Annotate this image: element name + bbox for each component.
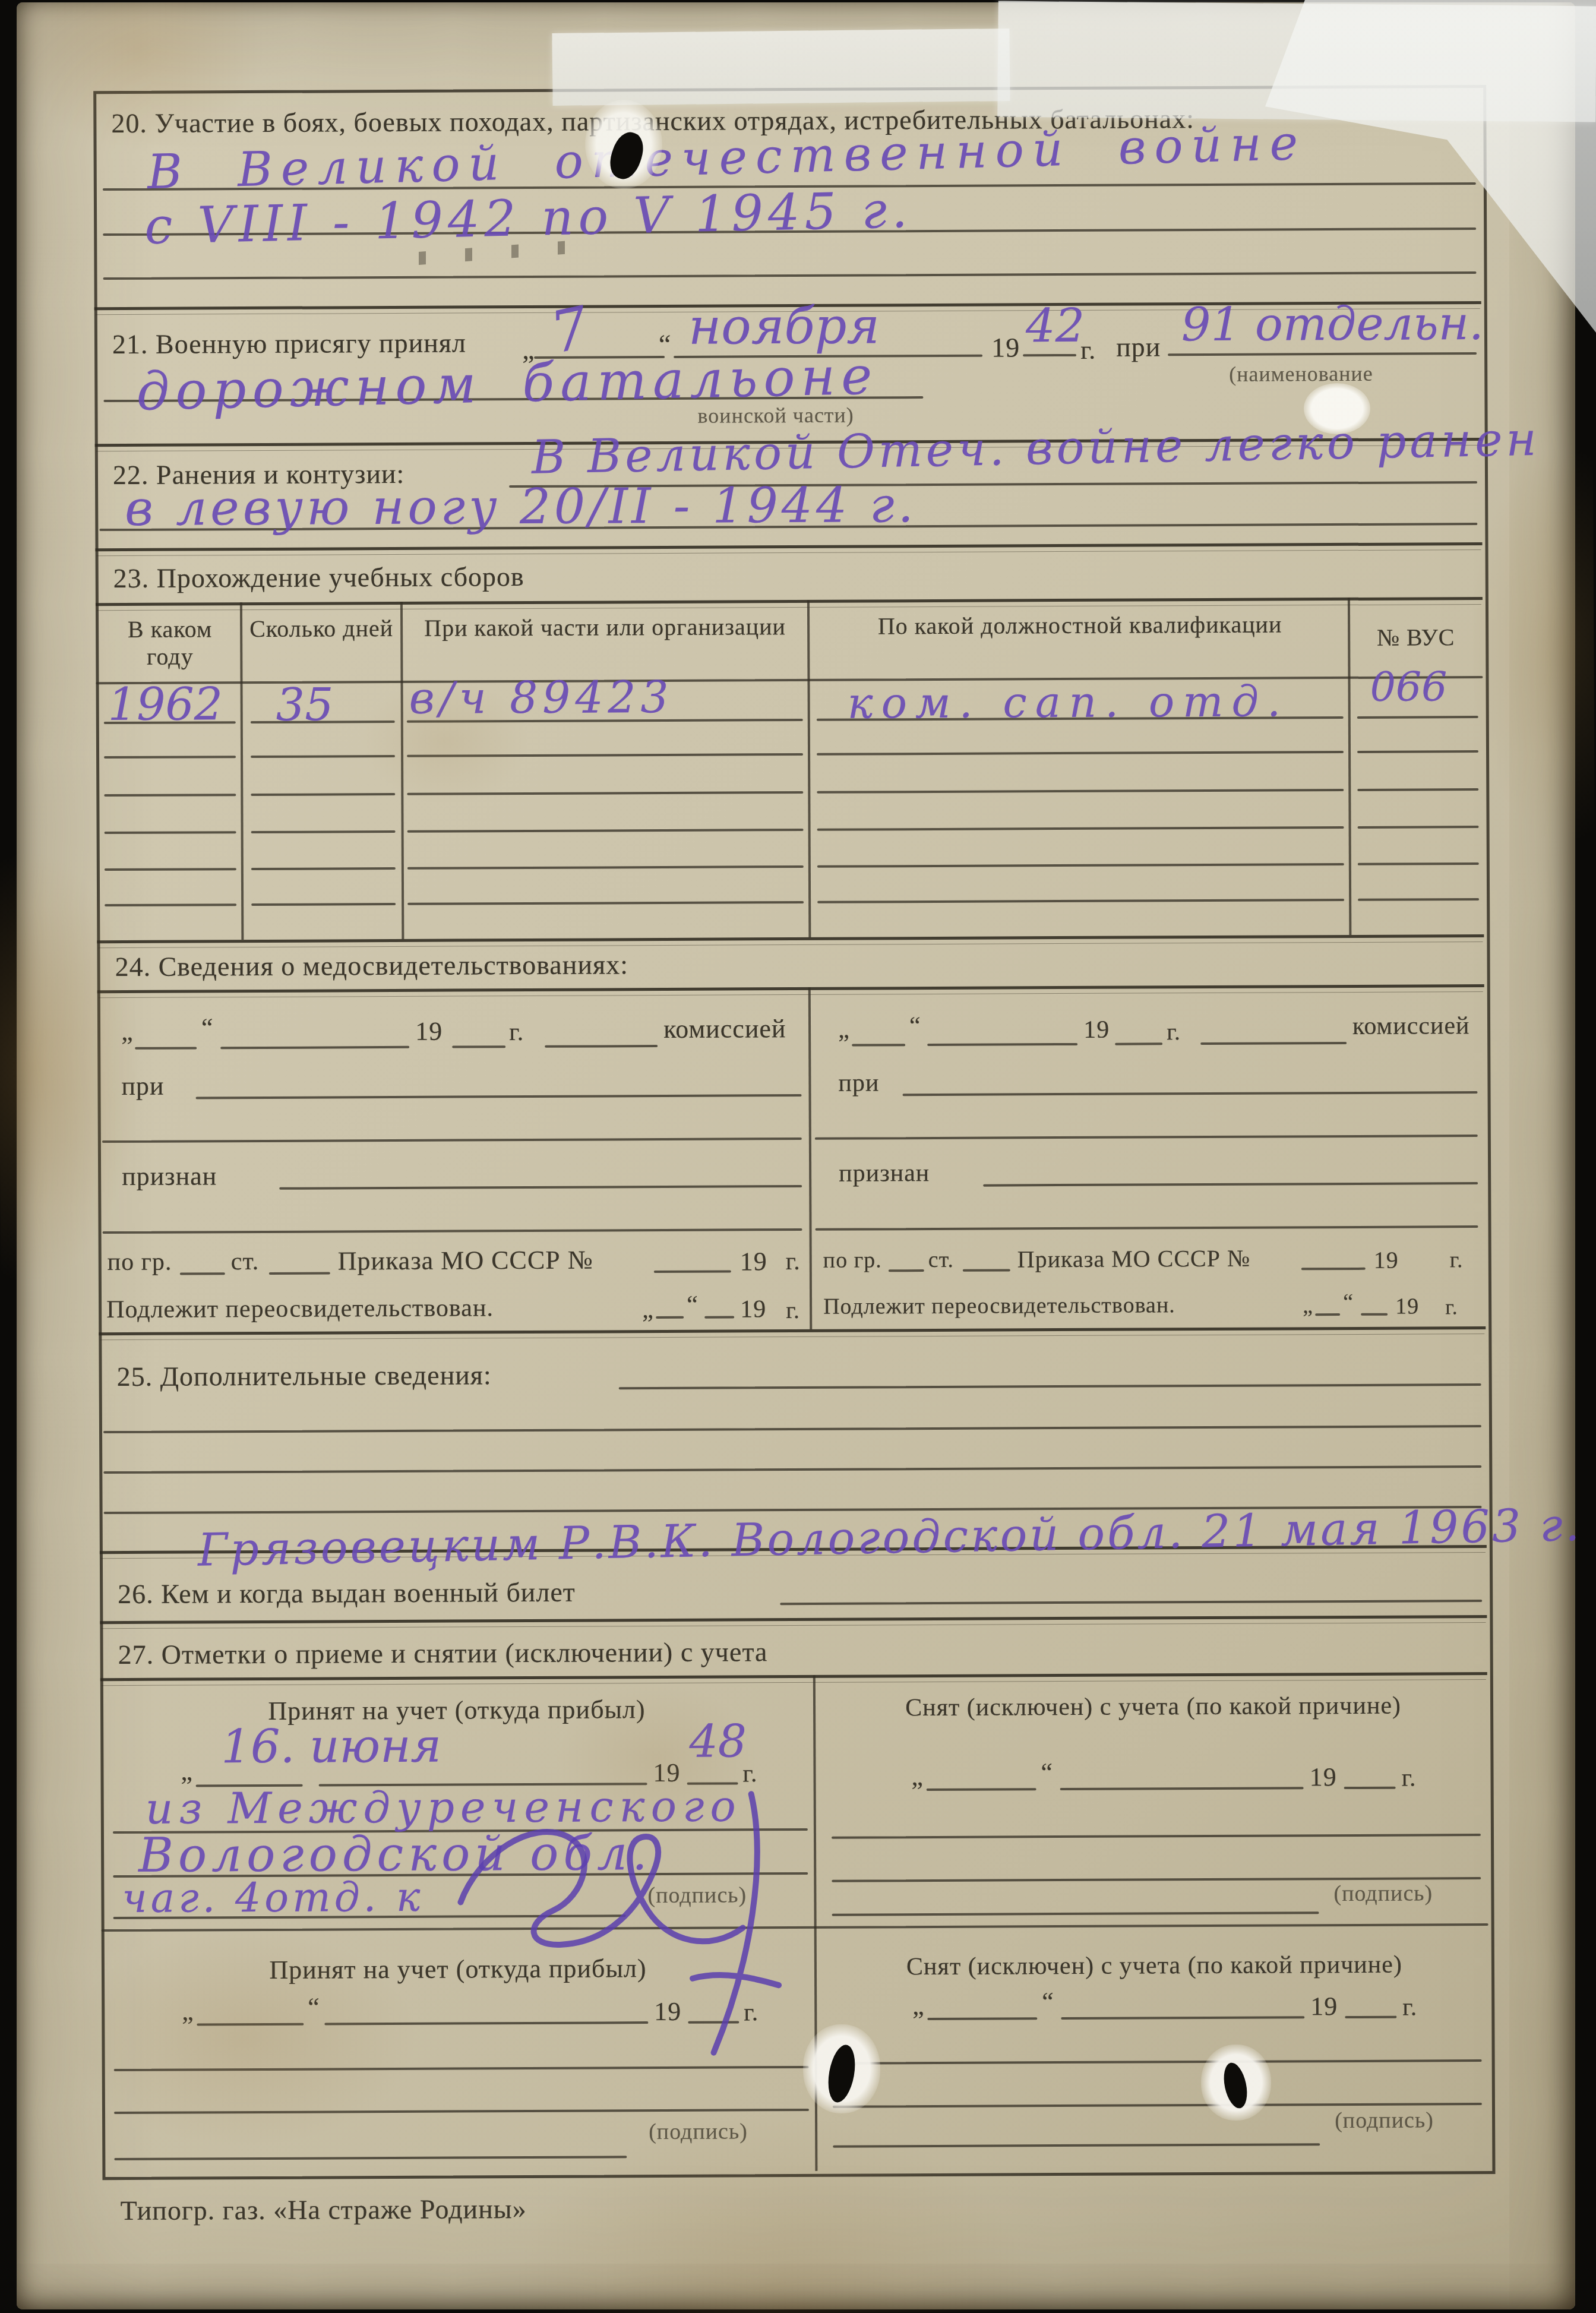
ruled-line	[1023, 354, 1076, 356]
s27TR-podpis: (подпись)	[1333, 1880, 1433, 1907]
s25-label: 25. Дополнительные сведения:	[116, 1359, 491, 1392]
s21-caption-part: воинской части)	[697, 403, 854, 428]
s27-handwritten-year: 48	[689, 1714, 747, 1767]
s23-col-unit: При какой части или организации	[407, 613, 802, 642]
s27-handwritten-from3: чаг. 4отд. к	[122, 1874, 424, 1922]
s24R-po-gr: по гр.	[823, 1247, 882, 1273]
s24-label: 24. Сведения о медосвидетельствованиях:	[115, 949, 628, 982]
ruled-line	[656, 1316, 684, 1319]
ruled-line	[654, 1270, 731, 1273]
ruled-line	[1361, 1313, 1388, 1316]
s27TR-oq: „	[911, 1761, 924, 1791]
s24L-open-quote: „	[121, 1016, 134, 1047]
ruled-line	[180, 1272, 225, 1275]
s24R-year-suffix: г.	[1167, 1018, 1181, 1045]
s27-label: 27. Отметки о приеме и снятии (исключени…	[118, 1636, 768, 1670]
s23-row1-unit: в/ч 89423	[409, 672, 673, 724]
s27BL-podpis: (подпись)	[649, 2118, 748, 2145]
s21-year-prefix: 19	[991, 331, 1020, 363]
ruled-line	[1345, 2016, 1396, 2018]
s24L-commission: комиссией	[663, 1013, 786, 1044]
s24R-commission: комиссией	[1352, 1012, 1470, 1041]
s23-row1-qualification: ком. сап. отд.	[847, 676, 1289, 728]
s27TL-oq: „	[181, 1756, 193, 1786]
s24L-oq2: „	[642, 1295, 654, 1324]
s27-handwritten-date: 16. июня	[221, 1720, 441, 1774]
s27TR-year-prefix: 19	[1309, 1762, 1336, 1792]
s24R-podlezhit: Подлежит переосвидетельствован.	[823, 1292, 1175, 1320]
s23-col-qualification: По какой должностной квалификации	[816, 611, 1344, 640]
s23-col-vus: № ВУС	[1355, 624, 1477, 652]
ruled-line	[1344, 1787, 1396, 1789]
ruled-line	[135, 1047, 197, 1049]
s23-col-year: В каком году	[105, 615, 235, 671]
scanned-document: 20. Участие в боях, боевых походах, парт…	[0, 0, 1596, 2313]
s23-label: 23. Прохождение учебных сборов	[113, 561, 524, 594]
s23-row1-year: 1962	[108, 677, 223, 731]
s24L-prikaz: Приказа МО СССР №	[338, 1245, 593, 1276]
s27BR-year-prefix: 19	[1310, 1991, 1338, 2021]
ruled-line	[1301, 1268, 1366, 1270]
ruled-line	[452, 1045, 505, 1048]
correction-blob	[1304, 383, 1370, 434]
ruled-line	[197, 2023, 304, 2026]
tape-top-center	[552, 29, 1010, 106]
s24R-pri: при	[838, 1069, 879, 1097]
s24R-oq2: „	[1303, 1293, 1313, 1319]
s24R-st: ст.	[928, 1247, 954, 1273]
s24R-prikaz: Приказа МО СССР №	[1017, 1244, 1251, 1274]
s24R-cq2: “	[1343, 1289, 1354, 1315]
s23-row1-vus: 066	[1370, 663, 1447, 711]
ruled-line	[927, 1788, 1036, 1791]
printer-credit: Типогр. газ. «На страже Родины»	[121, 2193, 527, 2226]
s24L-st: ст.	[231, 1247, 260, 1276]
s24R-g: г.	[1450, 1247, 1464, 1273]
ruled-line	[1315, 1313, 1340, 1316]
s24L-g: г.	[786, 1247, 801, 1276]
s27BR-oq: „	[912, 1990, 925, 2021]
s27-removed-header-2: Снят (исключен) с учета (по какой причин…	[826, 1950, 1483, 1982]
s24L-year-prefix: 19	[415, 1016, 443, 1047]
s23-row1-days: 35	[276, 678, 333, 731]
ruled-line	[1115, 1042, 1162, 1045]
s27BR-year-suffix: г.	[1402, 1993, 1417, 2021]
s27BR-podpis: (подпись)	[1335, 2107, 1434, 2134]
s24L-podlezhit: Подлежит переосвидетельствован.	[106, 1294, 494, 1324]
s21-pri: при	[1116, 331, 1161, 362]
s24L-po-gr: по гр.	[108, 1248, 172, 1276]
s23-col-days: Сколько дней	[247, 615, 396, 643]
s24R-close-quote: “	[909, 1012, 921, 1040]
s22-handwriting-line2: в левую ногу 20/II - 1944 г.	[125, 477, 917, 537]
s24L-year19: 19	[740, 1246, 767, 1276]
s24L-pri: при	[121, 1071, 164, 1101]
s21-year-suffix: г.	[1080, 335, 1096, 365]
s26-label: 26. Кем и когда выдан военный билет	[118, 1576, 576, 1610]
s27BL-oq: „	[182, 1996, 194, 2026]
s27TR-year-suffix: г.	[1401, 1764, 1416, 1792]
ruled-line	[852, 1044, 905, 1046]
s27-removed-header-1: Снят (исключен) с учета (по какой причин…	[825, 1691, 1481, 1723]
s27BL-cq: “	[308, 1992, 320, 2023]
s24R-year19: 19	[1374, 1246, 1399, 1274]
s21-handwritten-unit-top: 91 отдельн.	[1181, 297, 1484, 352]
s21-caption-name: (наименование	[1229, 361, 1373, 387]
s24L-close-quote: “	[201, 1012, 214, 1042]
ruled-line	[269, 1272, 330, 1274]
s27BR-cq: “	[1042, 1986, 1054, 2017]
ruled-line	[545, 1045, 658, 1048]
ruled-line	[889, 1269, 924, 1272]
s24L-year19b: 19	[740, 1295, 766, 1323]
s27TR-cq: “	[1041, 1757, 1053, 1787]
ruled-line	[927, 2017, 1037, 2020]
s24R-year19b: 19	[1395, 1293, 1419, 1319]
s24L-year-suffix: г.	[509, 1018, 524, 1047]
s21-handwritten-year: 42	[1026, 299, 1085, 353]
signature-scribble	[443, 1782, 836, 2057]
ruled-line	[704, 1316, 734, 1318]
s24L-gb: г.	[786, 1296, 800, 1324]
ruled-line	[963, 1269, 1010, 1271]
s24R-year-prefix: 19	[1083, 1016, 1110, 1044]
s24R-priznan: признан	[839, 1159, 930, 1188]
s24R-gb: г.	[1445, 1294, 1458, 1319]
page-content: 20. Участие в боях, боевых походах, парт…	[0, 0, 1596, 2313]
s24L-priznan: признан	[122, 1161, 217, 1192]
s24R-open-quote: „	[838, 1016, 850, 1044]
s24L-cq2: “	[687, 1291, 699, 1319]
